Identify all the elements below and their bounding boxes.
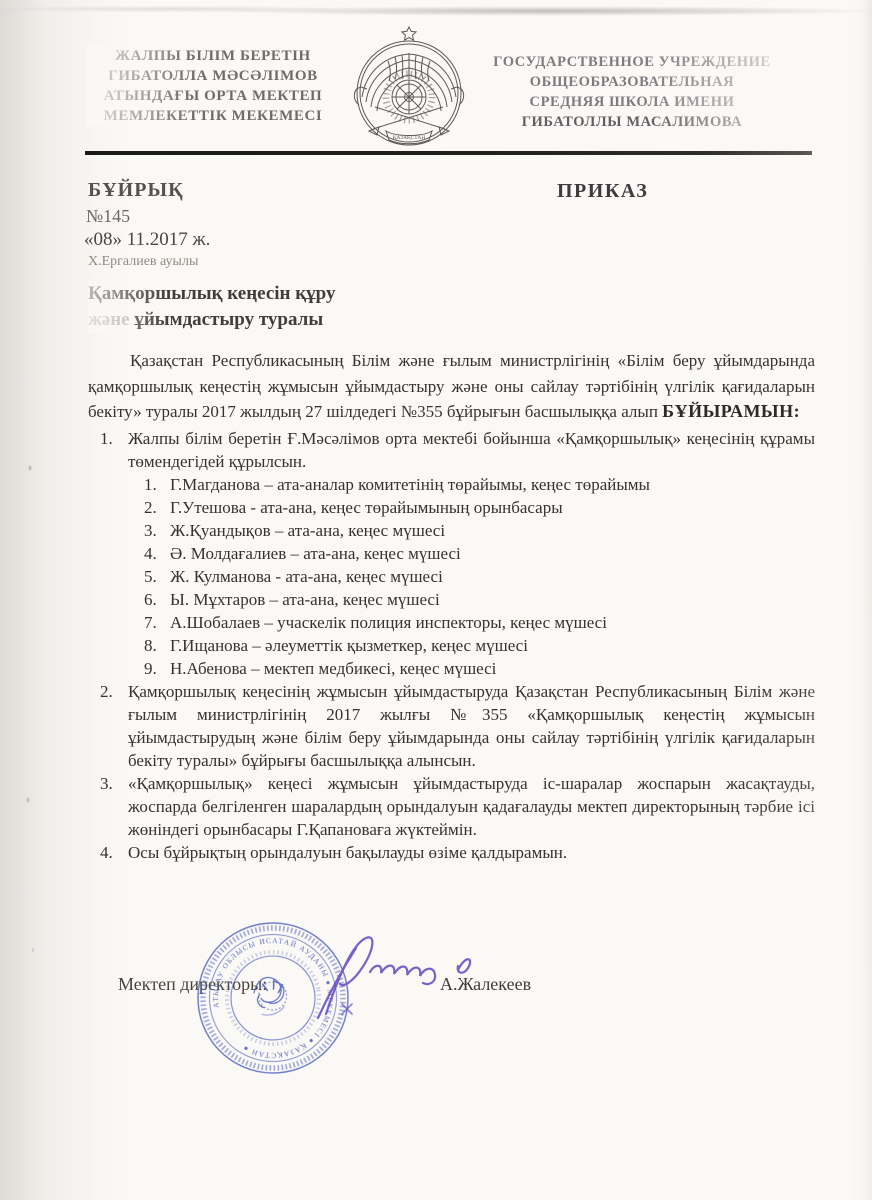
order-item-1: 1. Жалпы білім беретін Ғ.Мәсәлімов орта … [88,427,815,473]
order-place: Х.Ергалиев ауылы [88,254,198,270]
member-text: Ы. Мұхтаров – ата-ана, кеңес мүшесі [170,588,815,611]
subject-line-2: және ұйымдастыру туралы [88,307,508,333]
subject-faded-word: және [88,309,130,330]
order-body: Қазақстан Республикасының Білім және ғыл… [88,348,815,864]
member-row: 2.Г.Утешова - ата-ана, кеңес төрайымының… [144,496,815,519]
member-number: 9. [144,657,170,680]
member-number: 4. [144,542,170,565]
org-name-russian: ГОСУДАРСТВЕННОЕ УЧРЕЖДЕНИЕ ОБЩЕОБРАЗОВАТ… [480,52,784,132]
member-text: Ә. Молдағалиев – ата-ана, кеңес мүшесі [170,542,815,565]
order-title-kazakh: БҰЙРЫҚ [88,179,184,202]
member-number: 7. [144,611,170,634]
scanned-document-page: ЖАЛПЫ БІЛІМ БЕРЕТІН ГИБАТОЛЛА МӘСӘЛІМОВ … [0,0,872,1200]
order-date: «08» 11.2017 ж. [84,229,210,251]
member-text: Н.Абенова – мектеп медбикесі, кеңес мүше… [170,657,815,680]
member-text: Г.Магданова – ата-аналар комитетінің төр… [170,473,815,496]
org-ru-line: ОБЩЕОБРАЗОВАТЕЛЬНАЯ [480,72,784,92]
member-number: 5. [144,565,170,588]
signature-scribble [312,926,482,1021]
order-subject: Қамқоршылық кеңесін құру және ұйымдастыр… [88,281,508,333]
item-text: Қамқоршылық кеңесінің жұмысын ұйымдастыр… [128,680,815,772]
stamp-center-emblem [252,975,290,1017]
org-kk-line: АТЫНДАҒЫ ОРТА МЕКТЕП [86,86,340,106]
council-members-list: 1.Г.Магданова – ата-аналар комитетінің т… [144,473,815,680]
order-title-russian: ПРИКАЗ [557,180,648,203]
emblem-banner-text: ҚАЗАҚСТАН [393,135,426,141]
member-row: 3.Ж.Қуандықов – ата-ана, кеңес мүшесі [144,519,815,542]
org-ru-line: ГИБАТОЛЛЫ МАСАЛИМОВА [480,112,784,132]
subject-line-1: Қамқоршылық кеңесін құру [88,281,508,307]
member-number: 2. [144,496,170,519]
member-row: 1.Г.Магданова – ата-аналар комитетінің т… [144,473,815,496]
member-number: 8. [144,634,170,657]
intro-resolve-word: БҰЙЫРАМЫН: [662,401,800,421]
member-number: 1. [144,473,170,496]
order-item-4: 4. Осы бұйрықтың орындалуын бақылауды өз… [88,841,815,864]
header-divider-rule [85,151,812,155]
org-kk-line: ЖАЛПЫ БІЛІМ БЕРЕТІН [86,46,340,66]
member-text: А.Шобалаев – учаскелік полиция инспектор… [170,611,815,634]
member-text: Ж.Қуандықов – ата-ана, кеңес мүшесі [170,519,815,542]
emblem-star [402,27,416,40]
intro-paragraph: Қазақстан Республикасының Білім және ғыл… [88,348,815,425]
order-item-2: 2. Қамқоршылық кеңесінің жұмысын ұйымдас… [88,680,815,772]
member-number: 6. [144,588,170,611]
member-text: Г.Утешова - ата-ана, кеңес төрайымының о… [170,496,815,519]
member-row: 7.А.Шобалаев – учаскелік полиция инспект… [144,611,815,634]
order-number: №145 [86,206,130,227]
member-row: 8.Г.Ищанова – әлеуметтік қызметкер, кеңе… [144,634,815,657]
item-text: «Қамқоршылық» кеңесі жұмысын ұйымдастыру… [128,772,815,841]
item-number: 1. [88,427,128,473]
kazakhstan-coat-of-arms-icon: ҚАЗАҚСТАН [338,26,480,150]
item-number: 3. [88,772,128,841]
org-name-kazakh: ЖАЛПЫ БІЛІМ БЕРЕТІН ГИБАТОЛЛА МӘСӘЛІМОВ … [86,46,340,126]
org-kk-line: МЕМЛЕКЕТТІК МЕКЕМЕСІ [86,106,340,126]
member-row: 6.Ы. Мұхтаров – ата-ана, кеңес мүшесі [144,588,815,611]
item-number: 2. [88,680,128,772]
member-row: 4.Ә. Молдағалиев – ата-ана, кеңес мүшесі [144,542,815,565]
subject-line-2-rest: ұйымдастыру туралы [130,309,324,330]
member-text: Г.Ищанова – әлеуметтік қызметкер, кеңес … [170,634,815,657]
org-kk-line: ГИБАТОЛЛА МӘСӘЛІМОВ [86,66,340,86]
member-row: 5.Ж. Кулманова - ата-ана, кеңес мүшесі [144,565,815,588]
item-number: 4. [88,841,128,864]
org-ru-line: СРЕДНЯЯ ШКОЛА ИМЕНИ [480,92,784,112]
member-text: Ж. Кулманова - ата-ана, кеңес мүшесі [170,565,815,588]
org-ru-line: ГОСУДАРСТВЕННОЕ УЧРЕЖДЕНИЕ [480,52,784,72]
member-row: 9.Н.Абенова – мектеп медбикесі, кеңес мү… [144,657,815,680]
order-item-3: 3. «Қамқоршылық» кеңесі жұмысын ұйымдаст… [88,772,815,841]
item-text: Жалпы білім беретін Ғ.Мәсәлімов орта мек… [128,427,815,473]
item-text: Осы бұйрықтың орындалуын бақылауды өзіме… [128,841,815,864]
member-number: 3. [144,519,170,542]
